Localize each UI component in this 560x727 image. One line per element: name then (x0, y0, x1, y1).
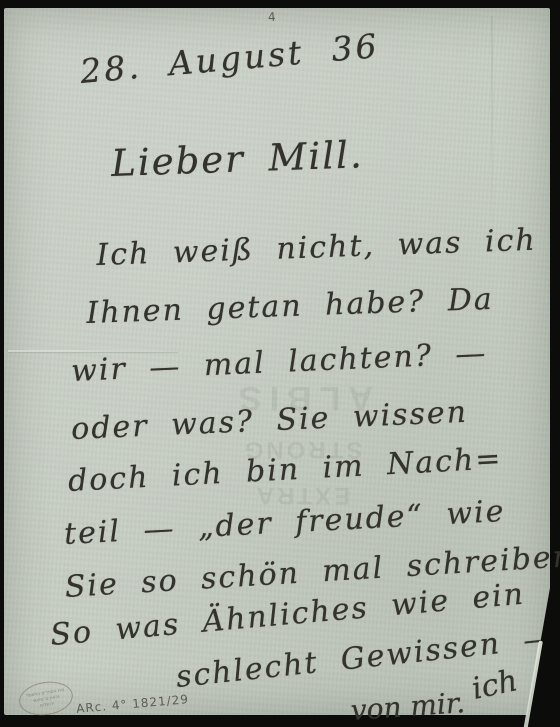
letter-salutation: Lieber Mill. (110, 133, 364, 185)
paper-watermark: EXTRA STRONG ALBIS (212, 370, 392, 518)
scanned-letter-background: EXTRA STRONG ALBIS 4 28. August 36 Liebe… (0, 0, 560, 727)
letter-cutoff-fragment: von mir. (350, 686, 466, 727)
paper-crease-vertical (491, 16, 493, 246)
pencil-page-number: 4 (268, 10, 277, 24)
